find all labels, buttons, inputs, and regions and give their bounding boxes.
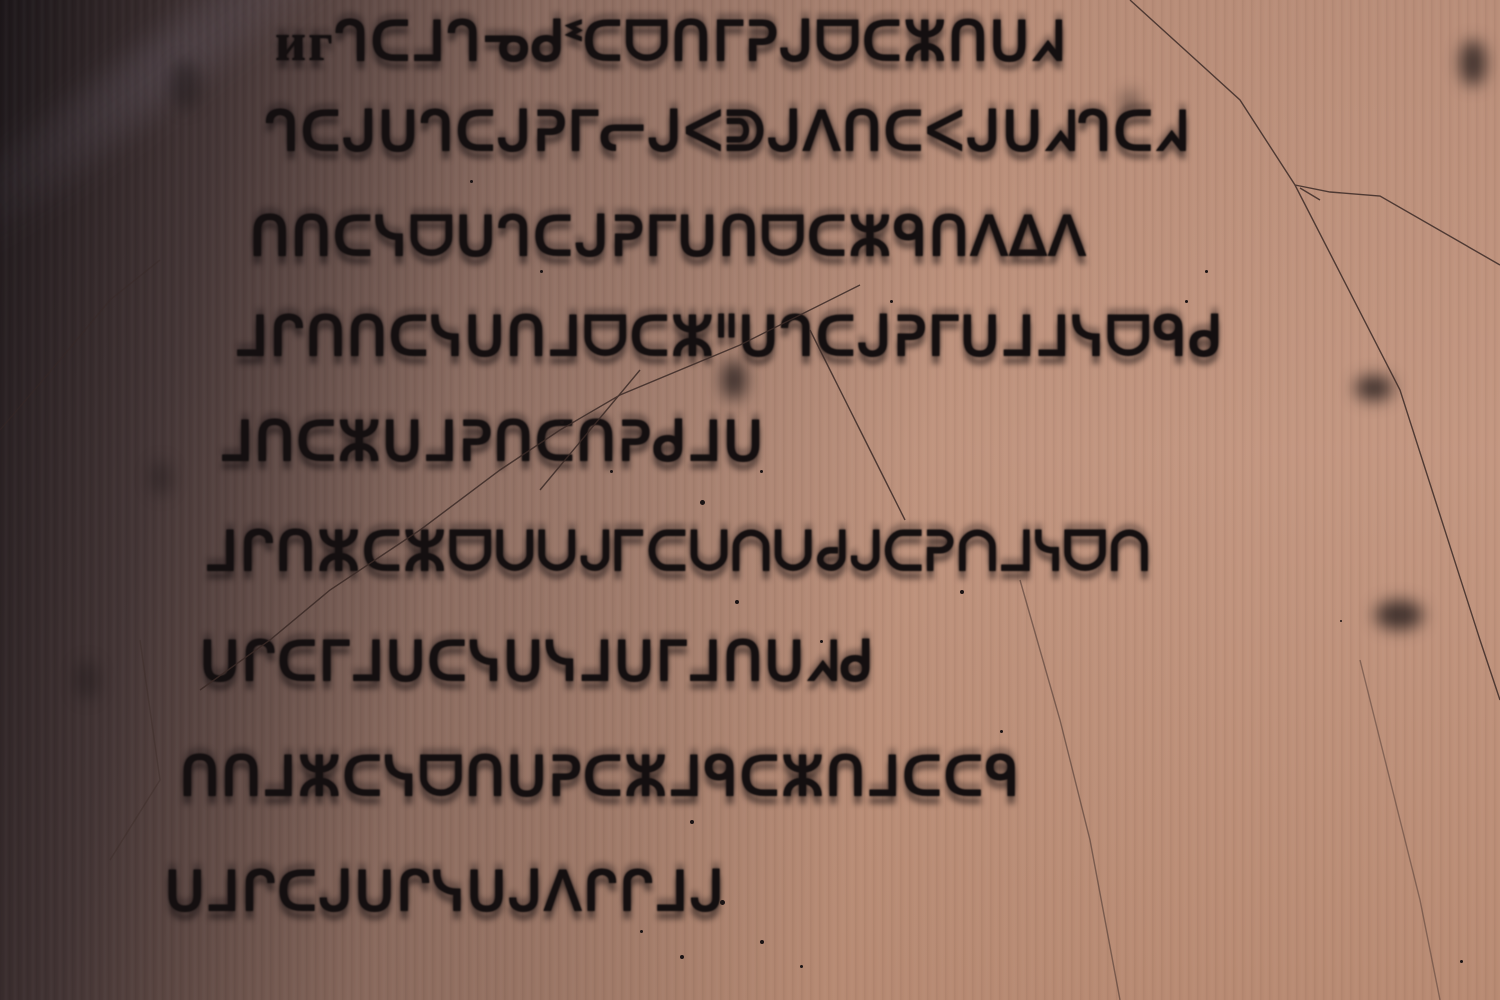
ink-speckle xyxy=(540,270,543,273)
ink-speckle xyxy=(680,955,684,959)
ink-speckle xyxy=(1205,270,1208,273)
ink-speckle xyxy=(800,965,803,968)
ink-speckle xyxy=(560,420,564,424)
ink-speckle xyxy=(700,500,705,505)
ink-speckle xyxy=(890,300,893,303)
ink-speckle xyxy=(720,900,725,905)
ink-speckle xyxy=(960,590,964,594)
ink-speckle xyxy=(820,640,823,643)
ink-speckle xyxy=(690,820,694,824)
ink-speckle xyxy=(1185,300,1188,303)
ink-speckle xyxy=(610,470,613,473)
ink-speckle xyxy=(470,180,473,183)
ink-speckle xyxy=(760,940,764,944)
ink-speckle xyxy=(760,470,763,473)
ink-speckle xyxy=(1000,730,1003,733)
ink-speckle xyxy=(735,600,739,604)
ink-speckle xyxy=(640,930,643,933)
ink-speckle xyxy=(1340,620,1342,622)
hairline-cracks xyxy=(0,0,1500,1000)
ink-speckle xyxy=(1460,960,1463,963)
